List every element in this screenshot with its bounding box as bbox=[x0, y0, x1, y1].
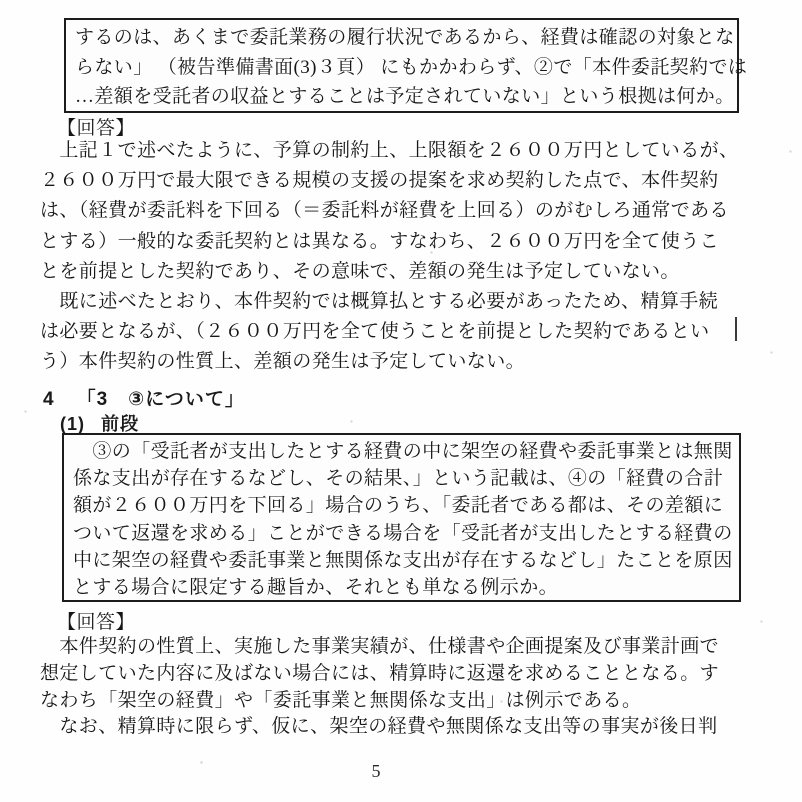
scan-noise bbox=[0, 0, 1, 1]
body-line: なお、精算時に限らず、仮に、架空の経費や無関係な支出等の事実が後日判 bbox=[40, 714, 740, 741]
body-line: なわち「架空の経費」や「委託事業と無関係な支出」は例示である。 bbox=[40, 688, 740, 715]
question-line: ③の「受託者が支出したとする経費の中に架空の経費や委託事業とは無関 bbox=[73, 438, 731, 465]
question-line: …差額を受託者の収益とすることは予定されていない」という根拠は何か。 bbox=[75, 82, 729, 112]
question-line: 係な支出が存在するなどし、その結果、」という記載は、④の「経費の合計 bbox=[73, 465, 731, 492]
question-line: とする場合に限定する趣旨か、それとも単なる例示か。 bbox=[73, 574, 731, 601]
section-heading: 4 「3 ③について」 bbox=[43, 384, 245, 411]
body-line: は、（経費が委託料を下回る（＝委託料が経費を上回る）のがむしろ通常である bbox=[40, 196, 740, 226]
question-line: ついて返還を求める」ことができる場合を「受託者が支出したとする経費の bbox=[73, 520, 731, 547]
body-line: は必要となるが、（２６００万円を全て使うことを前提とした契約であるとい bbox=[40, 317, 740, 347]
body-line: ２６００万円で最大限できる規模の支援の提案を求め契約した点で、本件契約 bbox=[40, 166, 740, 196]
question-line: するのは、あくまで委託業務の履行状況であるから、経費は確認の対象とな bbox=[75, 23, 729, 53]
subsection-number: (1) bbox=[60, 414, 85, 435]
scanned-document-page: するのは、あくまで委託業務の履行状況であるから、経費は確認の対象とな らない」 … bbox=[0, 0, 802, 802]
page-number: 5 bbox=[0, 761, 752, 782]
body-line: 想定していた内容に及ばない場合には、精算時に返還を求めることとなる。す bbox=[40, 661, 740, 688]
body-line: う）本件契約の性質上、差額の発生は予定していない。 bbox=[40, 347, 740, 377]
question-line: らない」 （被告準備書面(3)３頁） にもかかわらず、②で「本件委託契約では bbox=[75, 53, 729, 83]
answer-label: 【回答】 bbox=[57, 607, 135, 634]
body-line: 上記１で述べたように、予算の制約上、上限額を２６００万円としているが、 bbox=[40, 136, 740, 166]
question-line: 額が２６００万円を下回る」場合のうち、「委託者である都は、その差額に bbox=[73, 492, 731, 519]
question-line: 中に架空の経費や委託事業と無関係な支出が存在するなどし」たことを原因 bbox=[73, 547, 731, 574]
section-title: 「3 ③について」 bbox=[77, 384, 245, 411]
body-line: 本件契約の性質上、実施した事業実績が、仕様書や企画提案及び事業計画で bbox=[40, 634, 740, 661]
body-line: とを前提とした契約であり、その意味で、差額の発生は予定していない。 bbox=[40, 257, 740, 287]
answer-1-body: 上記１で述べたように、予算の制約上、上限額を２６００万円としているが、 ２６００… bbox=[40, 136, 740, 378]
section-number: 4 bbox=[43, 389, 55, 411]
body-line: 既に述べたとおり、本件契約では概算払とする必要があったため、精算手続 bbox=[40, 287, 740, 317]
top-question-box: するのは、あくまで委託業務の履行状況であるから、経費は確認の対象とな らない」 … bbox=[64, 18, 739, 113]
body-line: とする）一般的な委託契約とは異なる。すなわち、２６００万円を全て使うこ bbox=[40, 227, 740, 257]
scan-artifact-line bbox=[735, 317, 737, 341]
lower-question-box: ③の「受託者が支出したとする経費の中に架空の経費や委託事業とは無関 係な支出が存… bbox=[62, 433, 741, 602]
answer-2-body: 本件契約の性質上、実施した事業実績が、仕様書や企画提案及び事業計画で 想定してい… bbox=[40, 634, 740, 741]
